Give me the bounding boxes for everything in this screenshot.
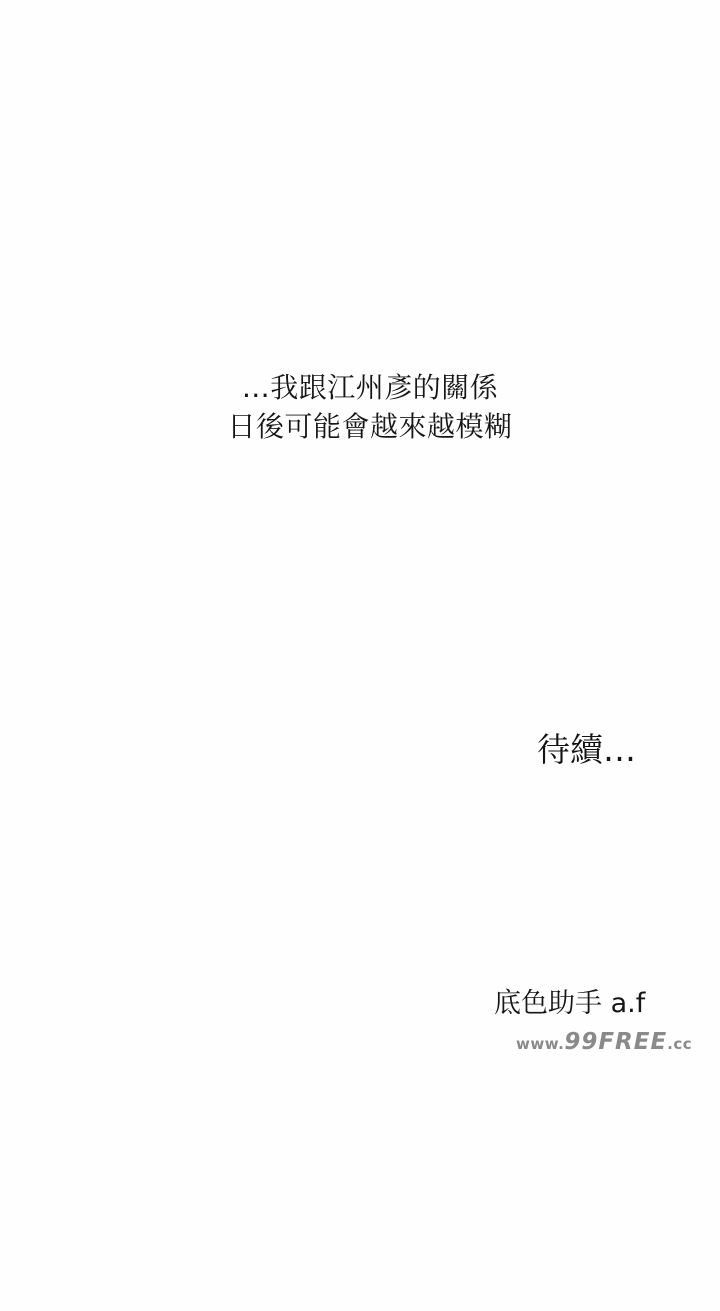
credit-text: 底色助手 a.f [494,986,645,1022]
watermark-suffix: .cc [667,1035,692,1053]
watermark-brand: 99FREE [564,1029,667,1055]
narration-line-1: …我跟江州彥的關係 [0,368,720,407]
site-watermark: www.99FREE.cc [516,1029,692,1055]
watermark-prefix: www. [516,1035,564,1053]
narration-text: …我跟江州彥的關係 日後可能會越來越模糊 [0,368,720,446]
to-be-continued-text: 待續… [537,728,636,772]
narration-line-2: 日後可能會越來越模糊 [0,407,720,446]
comic-panel: …我跟江州彥的關係 日後可能會越來越模糊 待續… 底色助手 a.f www.99… [0,0,720,1311]
